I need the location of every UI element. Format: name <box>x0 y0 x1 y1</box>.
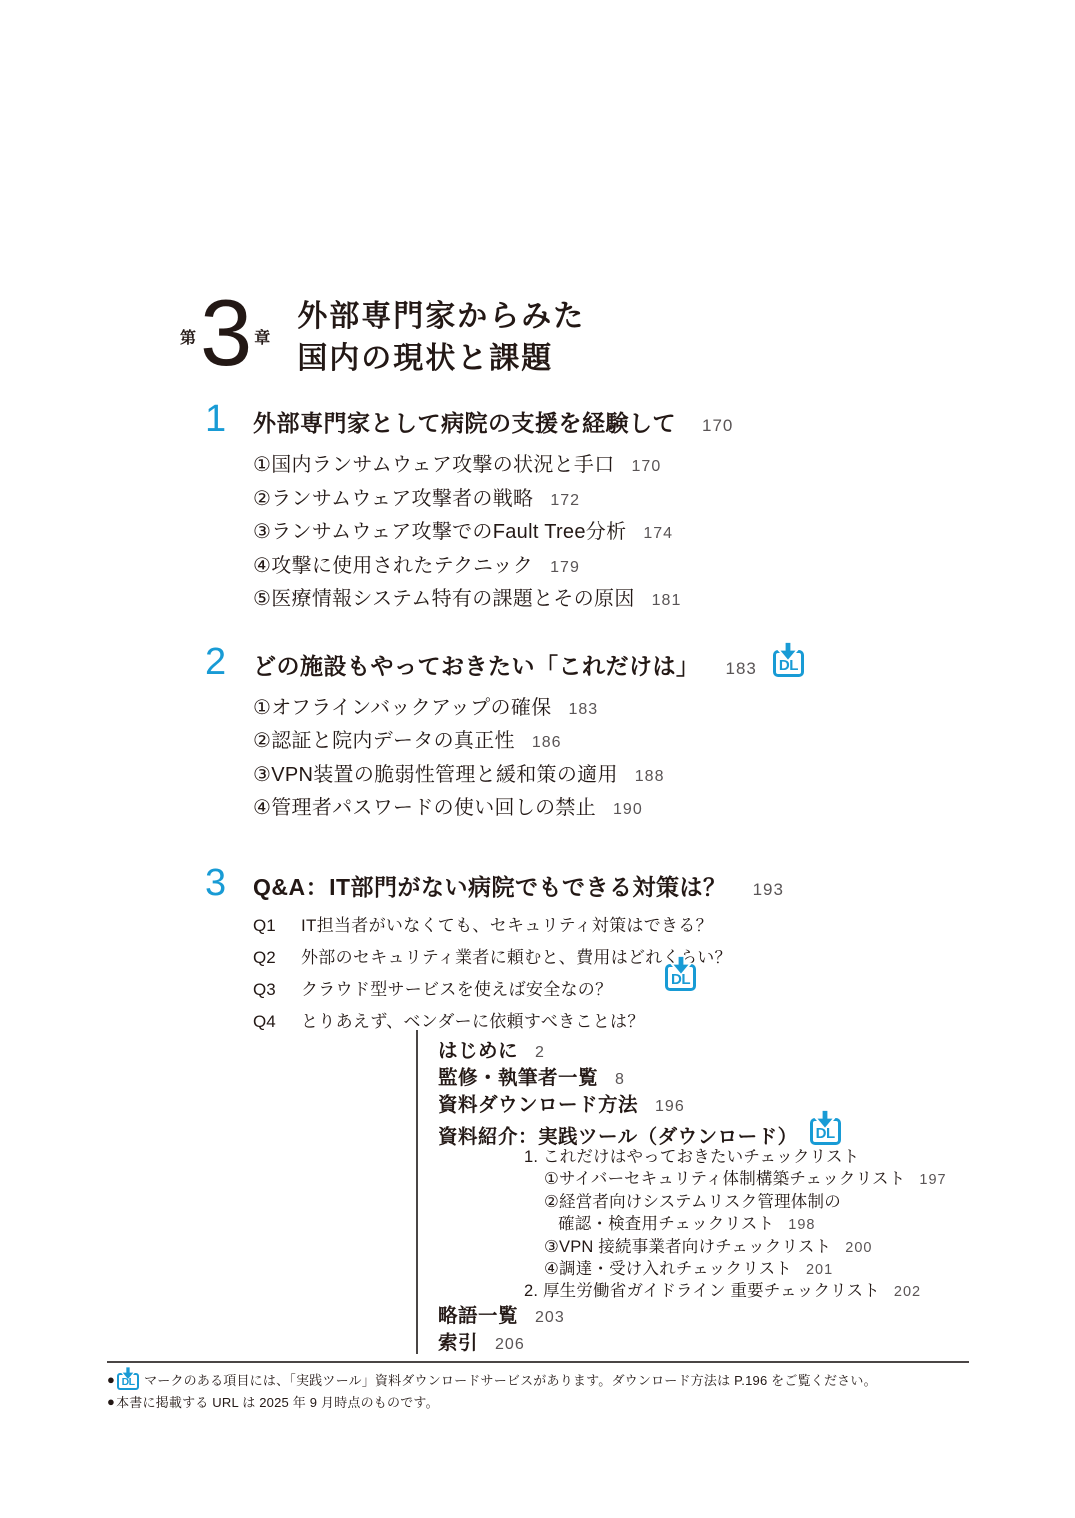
chapter-title-line2: 国内の現状と課題 <box>297 338 585 380</box>
page-number: 174 <box>643 525 673 543</box>
question-text: IT担当者がいなくても、セキュリティ対策はできる？ <box>301 911 713 936</box>
toc-item: ④管理者パスワードの使い回しの禁止 190 <box>253 791 885 825</box>
question-row: Q1 IT担当者がいなくても、セキュリティ対策はできる？ <box>253 911 813 943</box>
section-3-questions: Q1 IT担当者がいなくても、セキュリティ対策はできる？ Q2 外部のセキュリテ… <box>253 911 813 1039</box>
page-number: 188 <box>635 768 665 786</box>
checklist-item: 2. 厚生労働省ガイドライン 重要チェックリスト 202 <box>524 1277 1016 1299</box>
section-number: 1 <box>205 400 253 438</box>
backmatter-label: 略語一覧 <box>438 1300 518 1328</box>
backmatter-label: 監修・執筆者一覧 <box>438 1062 598 1090</box>
question-label: Q1 <box>253 916 301 936</box>
toc-item: ②認証と院内データの真正性 186 <box>253 724 885 758</box>
footer-notes: ● DL マークのある項目には、「実践ツール」資料ダウンロードサービスがあります… <box>107 1361 969 1412</box>
checklist-label: ④調達・受け入れチェックリスト <box>544 1255 792 1279</box>
backmatter-item: 索引 206 <box>438 1327 1016 1354</box>
page-number: 190 <box>613 801 643 819</box>
section-title: 外部専門家として病院の支援を経験して <box>253 405 676 438</box>
toc-item-label: ②認証と院内データの真正性 <box>253 724 515 753</box>
page-number: 181 <box>652 592 682 610</box>
toc-item-label: ④管理者パスワードの使い回しの禁止 <box>253 791 596 820</box>
checklist-label: 2. 厚生労働省ガイドライン 重要チェックリスト <box>524 1277 880 1301</box>
footer-note-text: 本書に掲載する URL は 2025 年 9 月時点のものです。 <box>116 1392 439 1411</box>
page-number: 170 <box>632 458 662 476</box>
download-icon-label: DL <box>671 971 690 989</box>
toc-item: ①国内ランサムウェア攻撃の状況と手口 170 <box>253 448 885 482</box>
toc-item: ②ランサムウェア攻撃者の戦略 172 <box>253 482 885 516</box>
backmatter-label: はじめに <box>438 1035 518 1063</box>
chapter-title-line1: 外部専門家からみた <box>297 296 585 338</box>
section-3: 3 Q&A：IT部門がない病院でもできる対策は？ 193 Q1 IT担当者がいな… <box>205 864 885 1039</box>
backmatter-item: 資料紹介：実践ツール（ダウンロード） DL <box>438 1116 1016 1143</box>
toc-item: ③ランサムウェア攻撃でのFault Tree分析 174 <box>253 515 885 549</box>
section-title: Q&A：IT部門がない病院でもできる対策は？ <box>253 869 727 902</box>
toc-item: ④攻撃に使用されたテクニック 179 <box>253 549 885 583</box>
footer-note-text: マークのある項目には、「実践ツール」資料ダウンロードサービスがあります。ダウンロ… <box>144 1370 877 1389</box>
toc-item-label: ②ランサムウェア攻撃者の戦略 <box>253 482 533 511</box>
question-text: とりあえず、ベンダーに依頼すべきことは？ <box>301 1007 645 1032</box>
backmatter-block: はじめに 2 監修・執筆者一覧 8 資料ダウンロード方法 196 資料紹介：実践… <box>416 1030 1016 1354</box>
download-icon: DL <box>665 964 696 991</box>
section-2: 2 どの施設もやっておきたい「これだけは」 183 DL ①オフラインバックアッ… <box>205 643 885 825</box>
question-text: クラウド型サービスを使えば安全なの？ <box>301 975 612 1000</box>
bullet-icon: ● <box>107 1394 115 1409</box>
footer-note-2: ● 本書に掲載する URL は 2025 年 9 月時点のものです。 <box>107 1390 969 1412</box>
toc-item-label: ①オフラインバックアップの確保 <box>253 691 551 720</box>
backmatter-item: はじめに 2 <box>438 1035 1016 1062</box>
page-number: 196 <box>655 1098 685 1116</box>
download-icon-label: DL <box>122 1376 135 1389</box>
chapter-suffix: 章 <box>254 325 271 348</box>
checklist-item: ④調達・受け入れチェックリスト 201 <box>544 1255 1016 1277</box>
section-1: 1 外部専門家として病院の支援を経験して 170 ①国内ランサムウェア攻撃の状況… <box>205 400 885 616</box>
download-icon: DL <box>117 1373 139 1390</box>
page-number: 203 <box>535 1309 565 1327</box>
checklist-label: ①サイバーセキュリティ体制構築チェックリスト <box>544 1165 905 1189</box>
page-number: 197 <box>919 1172 946 1188</box>
chapter-prefix: 第 <box>180 325 197 348</box>
checklist-item: ③VPN 接続事業者向けチェックリスト 200 <box>544 1233 1016 1255</box>
toc-item-label: ③VPN装置の脆弱性管理と緩和策の適用 <box>253 758 618 787</box>
page-number: 172 <box>550 492 580 510</box>
checklist-item: ①サイバーセキュリティ体制構築チェックリスト 197 <box>544 1165 1016 1187</box>
footer-note-1: ● DL マークのある項目には、「実践ツール」資料ダウンロードサービスがあります… <box>107 1368 969 1390</box>
checklist-label: ③VPN 接続事業者向けチェックリスト <box>544 1233 831 1257</box>
checklist-item: 1. これだけはやっておきたいチェックリスト <box>524 1143 1016 1165</box>
question-row: Q3 クラウド型サービスを使えば安全なの？ <box>253 975 813 1007</box>
chapter-number: 3 <box>197 293 254 379</box>
toc-item: ①オフラインバックアップの確保 183 <box>253 691 885 725</box>
toc-item-label: ③ランサムウェア攻撃でのFault Tree分析 <box>253 515 626 544</box>
download-icon-label: DL <box>816 1125 835 1143</box>
section-title: どの施設もやっておきたい「これだけは」 <box>253 648 700 681</box>
page-number: 183 <box>726 659 757 679</box>
checklist-label: ②経営者向けシステムリスク管理体制の <box>544 1188 841 1212</box>
checklist-item: 確認・検査用チェックリスト 198 <box>558 1210 1016 1232</box>
checklist-label: 1. これだけはやっておきたいチェックリスト <box>524 1143 859 1167</box>
toc-item-label: ④攻撃に使用されたテクニック <box>253 549 533 578</box>
page-number: 186 <box>532 734 562 752</box>
section-1-items: ①国内ランサムウェア攻撃の状況と手口 170 ②ランサムウェア攻撃者の戦略 17… <box>253 448 885 616</box>
section-2-items: ①オフラインバックアップの確保 183 ②認証と院内データの真正性 186 ③V… <box>253 691 885 825</box>
chapter-title: 外部専門家からみた 国内の現状と課題 <box>297 294 585 380</box>
page-number: 202 <box>894 1284 921 1300</box>
toc-item-label: ⑤医療情報システム特有の課題とその原因 <box>253 582 635 611</box>
download-icon-label: DL <box>779 657 798 675</box>
chapter-number-group: 第 3 章 <box>180 294 271 378</box>
checklist-item: ②経営者向けシステムリスク管理体制の <box>544 1188 1016 1210</box>
backmatter-item: 監修・執筆者一覧 8 <box>438 1062 1016 1089</box>
backmatter-label: 資料ダウンロード方法 <box>438 1089 638 1117</box>
section-3-heading: 3 Q&A：IT部門がない病院でもできる対策は？ 193 <box>205 864 885 902</box>
toc-item: ③VPN装置の脆弱性管理と緩和策の適用 188 <box>253 758 885 792</box>
backmatter-label: 索引 <box>438 1327 478 1355</box>
backmatter-item: 略語一覧 203 <box>438 1300 1016 1327</box>
bullet-icon: ● <box>107 1372 115 1387</box>
page-number: 193 <box>753 880 784 900</box>
section-1-heading: 1 外部専門家として病院の支援を経験して 170 <box>205 400 885 438</box>
question-label: Q2 <box>253 948 301 968</box>
page-number: 200 <box>845 1240 872 1256</box>
download-icon: DL <box>773 650 804 677</box>
backmatter-item: 資料ダウンロード方法 196 <box>438 1089 1016 1116</box>
page-number: 201 <box>806 1262 833 1278</box>
toc-item-label: ①国内ランサムウェア攻撃の状況と手口 <box>253 448 615 477</box>
download-icon: DL <box>810 1118 841 1145</box>
section-number: 3 <box>205 864 253 902</box>
checklist-label: 確認・検査用チェックリスト <box>558 1210 774 1234</box>
section-2-heading: 2 どの施設もやっておきたい「これだけは」 183 DL <box>205 643 885 681</box>
page-number: 2 <box>535 1044 545 1062</box>
toc-item: ⑤医療情報システム特有の課題とその原因 181 <box>253 582 885 616</box>
page-number: 198 <box>788 1217 815 1233</box>
section-number: 2 <box>205 643 253 681</box>
question-label: Q3 <box>253 980 301 1000</box>
question-row: Q2 外部のセキュリティ業者に頼むと、費用はどれくらい？ <box>253 943 813 975</box>
toc-sections: 1 外部専門家として病院の支援を経験して 170 ①国内ランサムウェア攻撃の状況… <box>205 400 885 1039</box>
chapter-heading: 第 3 章 外部専門家からみた 国内の現状と課題 <box>180 294 585 380</box>
page-number: 8 <box>615 1071 625 1089</box>
question-label: Q4 <box>253 1012 301 1032</box>
page-number: 206 <box>495 1336 525 1354</box>
page-number: 179 <box>550 559 580 577</box>
page-number: 183 <box>568 701 598 719</box>
page-number: 170 <box>702 416 733 436</box>
